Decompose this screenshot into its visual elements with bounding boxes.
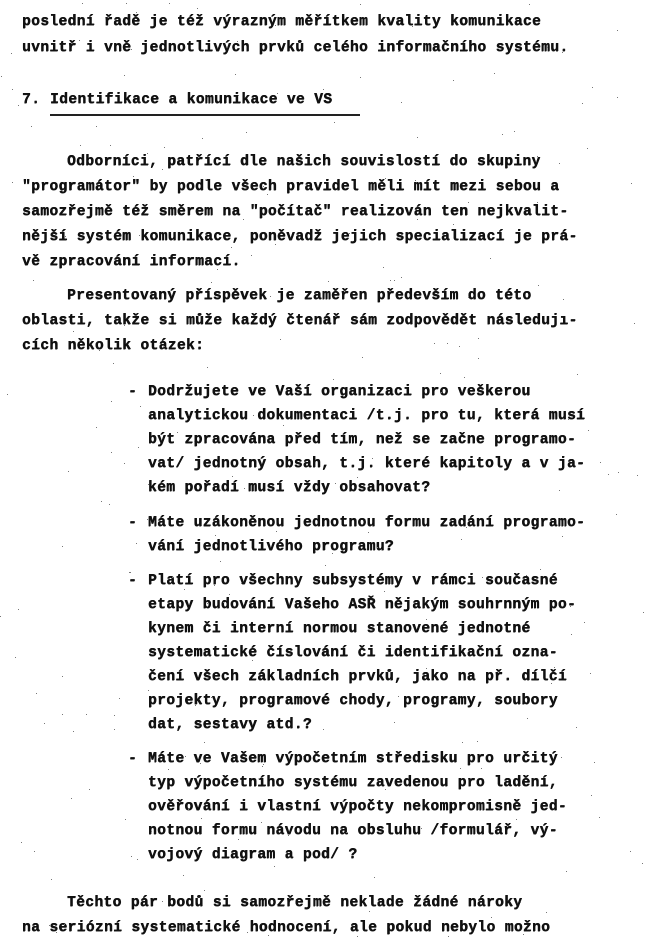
scan-speck bbox=[320, 414, 321, 415]
scan-speck bbox=[34, 851, 35, 852]
scan-speck bbox=[162, 169, 163, 170]
scan-speck bbox=[608, 474, 609, 475]
scan-speck bbox=[323, 729, 324, 730]
bullet-line: vojový diagram a pod/ ? bbox=[148, 843, 357, 867]
scan-speck bbox=[547, 47, 548, 48]
scan-speck bbox=[405, 241, 406, 242]
scan-speck bbox=[462, 742, 463, 743]
scan-speck bbox=[369, 911, 370, 912]
scan-speck bbox=[18, 105, 19, 106]
scan-speck bbox=[591, 795, 592, 796]
scan-speck bbox=[349, 233, 350, 234]
scan-speck bbox=[401, 277, 402, 278]
bullet-line: Platí pro všechny subsystémy v rámci sou… bbox=[148, 569, 558, 593]
scan-speck bbox=[275, 244, 276, 245]
scan-speck bbox=[113, 363, 114, 364]
scan-speck bbox=[55, 260, 56, 261]
scan-speck bbox=[448, 936, 449, 937]
scan-speck bbox=[453, 80, 454, 81]
scan-speck bbox=[401, 650, 402, 651]
scan-speck bbox=[99, 350, 100, 351]
scan-speck bbox=[148, 690, 149, 691]
bullet-line: systematické číslování či identifikační … bbox=[148, 641, 558, 665]
scan-speck bbox=[49, 925, 50, 926]
scan-speck bbox=[315, 779, 316, 780]
scan-speck bbox=[288, 835, 289, 836]
scan-speck bbox=[96, 427, 97, 428]
scan-speck bbox=[223, 602, 224, 603]
scan-speck bbox=[323, 89, 324, 90]
scan-speck bbox=[62, 676, 63, 677]
scan-speck bbox=[360, 77, 361, 78]
paragraph-line: samozřejmě též směrem na "počítač" reali… bbox=[22, 200, 568, 224]
scan-speck bbox=[238, 839, 239, 840]
scan-speck bbox=[482, 577, 483, 578]
scan-speck bbox=[440, 411, 441, 412]
scan-speck bbox=[207, 367, 208, 368]
scan-speck bbox=[394, 722, 395, 723]
paragraph-line: vě zpracování informací. bbox=[22, 250, 241, 274]
scan-speck bbox=[617, 97, 618, 98]
scan-speck bbox=[594, 762, 595, 763]
scan-speck bbox=[566, 871, 567, 872]
scan-speck bbox=[590, 673, 591, 674]
scan-speck bbox=[529, 4, 530, 5]
scan-speck bbox=[374, 877, 375, 878]
scan-speck bbox=[7, 394, 8, 395]
scan-speck bbox=[328, 281, 329, 282]
scan-speck bbox=[261, 822, 262, 823]
scan-speck bbox=[119, 698, 120, 699]
scan-speck bbox=[461, 539, 462, 540]
scan-speck bbox=[136, 543, 137, 544]
scan-speck bbox=[453, 224, 454, 225]
scan-speck bbox=[12, 182, 13, 183]
scan-speck bbox=[51, 879, 52, 880]
scan-speck bbox=[520, 902, 521, 903]
bullet-marker: - bbox=[128, 747, 137, 771]
scan-speck bbox=[540, 569, 541, 570]
bullet-line: etapy budování Vašeho ASŘ nějakým souhrn… bbox=[148, 593, 576, 617]
scan-speck bbox=[277, 93, 278, 94]
scan-speck bbox=[169, 3, 170, 4]
scan-speck bbox=[79, 40, 80, 41]
scan-speck bbox=[523, 934, 524, 935]
paragraph-line: "programátor" by podle všech pravidel mě… bbox=[22, 175, 559, 199]
scan-speck bbox=[172, 577, 173, 578]
scan-speck bbox=[600, 462, 601, 463]
scan-speck bbox=[214, 585, 215, 586]
scan-speck bbox=[130, 572, 131, 573]
scan-speck bbox=[477, 741, 478, 742]
scan-speck bbox=[384, 591, 385, 592]
paragraph-line: Odborníci, patřící dle našich souvislost… bbox=[67, 150, 541, 174]
scan-speck bbox=[362, 357, 363, 358]
scan-speck bbox=[133, 176, 134, 177]
scan-speck bbox=[576, 727, 577, 728]
scan-speck bbox=[516, 819, 517, 820]
scan-speck bbox=[82, 3, 83, 4]
scan-speck bbox=[274, 866, 275, 867]
scan-speck bbox=[466, 527, 467, 528]
scan-speck bbox=[207, 603, 208, 604]
scan-speck bbox=[200, 763, 201, 764]
paragraph-line: oblasti, takže si může každý čtenář sám … bbox=[22, 309, 578, 333]
scan-speck bbox=[137, 859, 138, 860]
scan-speck bbox=[447, 343, 448, 344]
scan-speck bbox=[434, 343, 435, 344]
scan-speck bbox=[332, 778, 333, 779]
scan-speck bbox=[634, 323, 635, 324]
scan-speck bbox=[68, 471, 69, 472]
scan-speck bbox=[102, 906, 103, 907]
scan-speck bbox=[630, 851, 631, 852]
scan-speck bbox=[582, 103, 583, 104]
scan-speck bbox=[147, 519, 148, 520]
scan-speck bbox=[537, 202, 538, 203]
scan-speck bbox=[617, 30, 618, 31]
scan-speck bbox=[577, 374, 578, 375]
scan-speck bbox=[618, 472, 619, 473]
scan-speck bbox=[270, 296, 271, 297]
scan-speck bbox=[243, 219, 244, 220]
bullet-marker: - bbox=[128, 380, 137, 404]
scan-speck bbox=[148, 484, 149, 485]
scan-speck bbox=[124, 325, 125, 326]
scan-speck bbox=[111, 401, 112, 402]
scan-speck bbox=[390, 280, 391, 281]
scan-speck bbox=[151, 831, 152, 832]
scan-speck bbox=[194, 441, 195, 442]
scan-speck bbox=[31, 126, 32, 127]
bullet-line: dat, sestavy atd.? bbox=[148, 713, 312, 737]
bullet-line: notnou formu návodu na obsluhu /formulář… bbox=[148, 819, 558, 843]
scan-speck bbox=[12, 89, 13, 90]
document-page: poslední řadě je též výrazným měřítkem k… bbox=[0, 0, 645, 948]
scan-speck bbox=[514, 131, 515, 132]
scan-speck bbox=[96, 126, 97, 127]
scan-speck bbox=[44, 723, 45, 724]
scan-speck bbox=[588, 430, 589, 431]
scan-speck bbox=[114, 729, 115, 730]
section-number: 7. bbox=[22, 88, 40, 112]
scan-speck bbox=[204, 742, 205, 743]
scan-speck bbox=[592, 87, 593, 88]
scan-speck bbox=[568, 419, 569, 420]
scan-speck bbox=[538, 285, 539, 286]
scan-speck bbox=[457, 154, 458, 155]
scan-speck bbox=[11, 53, 12, 54]
scan-speck bbox=[441, 392, 442, 393]
scan-speck bbox=[616, 514, 617, 515]
scan-speck bbox=[206, 179, 207, 180]
scan-speck bbox=[283, 425, 284, 426]
scan-speck bbox=[184, 589, 185, 590]
scan-speck bbox=[319, 608, 320, 609]
scan-speck bbox=[21, 842, 22, 843]
scan-speck bbox=[353, 576, 354, 577]
scan-speck bbox=[368, 532, 369, 533]
scan-speck bbox=[460, 768, 461, 769]
scan-speck bbox=[65, 236, 66, 237]
section-title: Identifikace a komunikace ve VS bbox=[50, 88, 332, 112]
scan-speck bbox=[131, 49, 132, 50]
scan-speck bbox=[570, 606, 571, 607]
scan-speck bbox=[164, 147, 165, 148]
scan-speck bbox=[62, 714, 63, 715]
scan-speck bbox=[276, 531, 277, 532]
scan-speck bbox=[584, 622, 585, 623]
scan-speck bbox=[357, 477, 358, 478]
scan-speck bbox=[642, 863, 643, 864]
scan-speck bbox=[217, 269, 218, 270]
scan-speck bbox=[333, 379, 334, 380]
section-title-underline bbox=[50, 114, 360, 116]
scan-speck bbox=[183, 875, 184, 876]
bullet-line: vat/ jednotný obsah, t.j. které kapitoly… bbox=[148, 452, 585, 476]
scan-speck bbox=[202, 138, 203, 139]
scan-speck bbox=[162, 901, 163, 902]
scan-speck bbox=[36, 693, 37, 694]
scan-speck bbox=[231, 247, 232, 248]
paragraph-line: Presentovaný příspěvek je zaměřen předev… bbox=[67, 284, 532, 308]
bullet-line: čení všech základních prvků, jako na př.… bbox=[148, 665, 567, 689]
scan-speck bbox=[235, 74, 236, 75]
scan-speck bbox=[334, 122, 335, 123]
scan-speck bbox=[587, 148, 588, 149]
scan-speck bbox=[537, 156, 538, 157]
bullet-line: kém pořadí musí vždy obsahovat? bbox=[148, 476, 430, 500]
scan-speck bbox=[335, 483, 336, 484]
scan-speck bbox=[332, 553, 333, 554]
scan-speck bbox=[277, 904, 278, 905]
scan-speck bbox=[33, 280, 34, 281]
scan-speck bbox=[262, 766, 263, 767]
scan-speck bbox=[140, 406, 141, 407]
scan-speck bbox=[275, 25, 276, 26]
scan-speck bbox=[211, 282, 212, 283]
scan-speck bbox=[124, 75, 125, 76]
scan-speck bbox=[164, 346, 165, 347]
bullet-line: být zpracována před tím, než se začne pr… bbox=[148, 428, 576, 452]
scan-speck bbox=[398, 50, 399, 51]
scan-speck bbox=[398, 696, 399, 697]
scan-speck bbox=[372, 458, 373, 459]
scan-speck bbox=[526, 575, 527, 576]
scan-speck bbox=[220, 561, 221, 562]
scan-speck bbox=[124, 463, 125, 464]
scan-speck bbox=[360, 4, 361, 5]
bullet-line: analytickou dokumentaci /t.j. pro tu, kt… bbox=[148, 404, 585, 428]
scan-speck bbox=[554, 667, 555, 668]
scan-speck bbox=[56, 932, 57, 933]
bullet-line: kynem či interní normou stanovené jednot… bbox=[148, 617, 531, 641]
scan-speck bbox=[177, 432, 178, 433]
paragraph-line: na seriózní systematické hodnocení, ale … bbox=[22, 916, 550, 940]
scan-speck bbox=[86, 714, 87, 715]
scan-speck bbox=[490, 258, 491, 259]
scan-speck bbox=[101, 501, 102, 502]
scan-speck bbox=[559, 163, 560, 164]
bullet-marker: - bbox=[128, 511, 137, 535]
scan-speck bbox=[267, 194, 268, 195]
scan-speck bbox=[346, 832, 347, 833]
scan-speck bbox=[401, 102, 402, 103]
scan-speck bbox=[385, 789, 386, 790]
scan-speck bbox=[258, 699, 259, 700]
scan-speck bbox=[247, 932, 248, 933]
scan-speck bbox=[18, 609, 19, 610]
scan-speck bbox=[114, 715, 115, 716]
scan-speck bbox=[253, 415, 254, 416]
scan-speck bbox=[246, 132, 247, 133]
scan-speck bbox=[637, 475, 638, 476]
scan-speck bbox=[188, 809, 189, 810]
scan-speck bbox=[125, 819, 126, 820]
scan-speck bbox=[241, 583, 242, 584]
scan-speck bbox=[562, 52, 563, 53]
scan-speck bbox=[280, 339, 281, 340]
scan-speck bbox=[64, 924, 65, 925]
scan-speck bbox=[195, 705, 196, 706]
scan-speck bbox=[0, 616, 1, 617]
bullet-line: Máte ve Vašem výpočetním středisku pro u… bbox=[148, 747, 558, 771]
bullet-line: typ výpočetního systému zavedenou pro la… bbox=[148, 771, 558, 795]
scan-speck bbox=[277, 807, 278, 808]
intro-line: uvnitř i vně jednotlivých prvků celého i… bbox=[22, 36, 568, 60]
scan-speck bbox=[252, 599, 253, 600]
scan-speck bbox=[502, 134, 503, 135]
scan-speck bbox=[229, 594, 230, 595]
scan-speck bbox=[139, 235, 140, 236]
scan-speck bbox=[62, 546, 63, 547]
scan-speck bbox=[73, 731, 74, 732]
paragraph-line: nější systém komunikace, poněvadž jejich… bbox=[22, 225, 578, 249]
intro-line: poslední řadě je též výrazným měřítkem k… bbox=[22, 10, 541, 34]
paragraph-line: cích několik otázek: bbox=[22, 334, 204, 358]
scan-speck bbox=[232, 476, 233, 477]
scan-speck bbox=[599, 817, 600, 818]
scan-speck bbox=[491, 917, 492, 918]
scan-speck bbox=[168, 769, 169, 770]
scan-speck bbox=[252, 660, 253, 661]
scan-speck bbox=[259, 778, 260, 779]
scan-speck bbox=[201, 818, 202, 819]
scan-speck bbox=[129, 572, 130, 573]
scan-speck bbox=[417, 137, 418, 138]
scan-speck bbox=[89, 789, 90, 790]
scan-speck bbox=[468, 202, 469, 203]
scan-speck bbox=[153, 898, 154, 899]
bullet-line: Máte uzákoněnou jednotnou formu zadání p… bbox=[148, 511, 585, 535]
scan-speck bbox=[383, 267, 384, 268]
scan-speck bbox=[197, 8, 198, 9]
scan-speck bbox=[426, 619, 427, 620]
scan-speck bbox=[546, 912, 547, 913]
scan-speck bbox=[263, 186, 264, 187]
scan-speck bbox=[185, 756, 186, 757]
scan-speck bbox=[71, 798, 72, 799]
scan-speck bbox=[478, 338, 479, 339]
scan-speck bbox=[464, 377, 465, 378]
scan-speck bbox=[237, 41, 238, 42]
scan-speck bbox=[481, 768, 482, 769]
scan-speck bbox=[126, 3, 127, 4]
scan-speck bbox=[204, 890, 205, 891]
scan-speck bbox=[468, 297, 469, 298]
scan-speck bbox=[571, 634, 572, 635]
scan-speck bbox=[562, 536, 563, 537]
scan-speck bbox=[251, 255, 252, 256]
scan-speck bbox=[268, 935, 269, 936]
scan-speck bbox=[357, 936, 358, 937]
scan-speck bbox=[15, 657, 16, 658]
scan-speck bbox=[110, 145, 111, 146]
scan-speck bbox=[394, 280, 395, 281]
scan-speck bbox=[489, 625, 490, 626]
bullet-line: vání jednotlivého programu? bbox=[148, 535, 394, 559]
scan-speck bbox=[238, 95, 239, 96]
scan-speck bbox=[643, 612, 644, 613]
scan-speck bbox=[138, 447, 139, 448]
scan-speck bbox=[527, 718, 528, 719]
scan-speck bbox=[215, 535, 216, 536]
scan-speck bbox=[73, 331, 74, 332]
scan-speck bbox=[377, 547, 378, 548]
scan-speck bbox=[415, 180, 416, 181]
scan-speck bbox=[440, 373, 441, 374]
bullet-line: projekty, programové chody, programy, so… bbox=[148, 689, 558, 713]
scan-speck bbox=[80, 145, 81, 146]
scan-speck bbox=[136, 12, 137, 13]
scan-speck bbox=[325, 565, 326, 566]
scan-speck bbox=[147, 153, 148, 154]
scan-speck bbox=[412, 26, 413, 27]
bullet-line: ověřování i vlastní výpočty nekompromisn… bbox=[148, 795, 567, 819]
scan-speck bbox=[303, 756, 304, 757]
scan-speck bbox=[343, 800, 344, 801]
scan-speck bbox=[131, 856, 132, 857]
bullet-line: Dodržujete ve Vaší organizaci pro vešker… bbox=[148, 380, 531, 404]
scan-speck bbox=[563, 299, 564, 300]
scan-speck bbox=[551, 683, 552, 684]
scan-speck bbox=[244, 488, 245, 489]
scan-speck bbox=[109, 504, 110, 505]
scan-speck bbox=[211, 697, 212, 698]
scan-speck bbox=[111, 452, 112, 453]
scan-speck bbox=[559, 490, 560, 491]
scan-speck bbox=[417, 219, 418, 220]
scan-speck bbox=[1, 76, 2, 77]
scan-speck bbox=[426, 668, 427, 669]
scan-speck bbox=[231, 418, 232, 419]
scan-speck bbox=[631, 183, 632, 184]
scan-speck bbox=[332, 826, 333, 827]
scan-speck bbox=[459, 346, 460, 347]
scan-speck bbox=[421, 828, 422, 829]
paragraph-line: Těchto pár bodů si samozřejmě neklade žá… bbox=[67, 891, 522, 915]
scan-speck bbox=[385, 178, 386, 179]
scan-speck bbox=[478, 358, 479, 359]
scan-speck bbox=[170, 928, 171, 929]
scan-speck bbox=[316, 207, 317, 208]
scan-speck bbox=[263, 764, 264, 765]
scan-speck bbox=[231, 549, 232, 550]
scan-speck bbox=[494, 73, 495, 74]
scan-speck bbox=[561, 757, 562, 758]
